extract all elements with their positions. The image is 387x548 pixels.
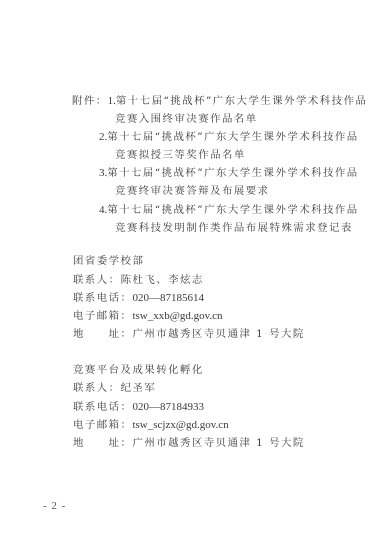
- attachment-1-cont: 竞赛入围终审决赛作品名单: [115, 112, 258, 126]
- email-link[interactable]: tsw_scjzx@gd.gov.cn: [132, 419, 228, 431]
- attachment-4: 4.第十七届“挑战杯”广东大学生课外学术科技作品: [99, 203, 359, 217]
- page-number: - 2 -: [43, 500, 66, 512]
- contact-phone: 联系电话：020—87184933: [73, 400, 204, 414]
- contact-email: 电子邮箱：tsw_xxb@gd.gov.cn: [73, 309, 223, 323]
- email-link[interactable]: tsw_xxb@gd.gov.cn: [132, 310, 222, 322]
- contact-phone: 联系电话：020—87185614: [73, 291, 204, 305]
- attachment-1: 附件：1.第十七届“挑战杯”广东大学生课外学术科技作品: [72, 94, 367, 108]
- attachment-2: 2.第十七届“挑战杯”广东大学生课外学术科技作品: [99, 130, 359, 144]
- attachment-3: 3.第十七届“挑战杯”广东大学生课外学术科技作品: [99, 166, 359, 180]
- contact-address: 地 址：广州市越秀区寺贝通津 1 号大院: [73, 327, 305, 341]
- contact-address: 地 址：广州市越秀区寺贝通津 1 号大院: [73, 436, 305, 450]
- contact-email: 电子邮箱：tsw_scjzx@gd.gov.cn: [73, 418, 229, 432]
- department: 竞赛平台及成果转化孵化: [73, 363, 204, 377]
- contact-person: 联系人：陈杜飞、李炫志: [73, 273, 204, 287]
- contact-person: 联系人：纪圣军: [73, 381, 156, 395]
- attachments-label: 附件：: [72, 95, 108, 107]
- attachment-4-cont: 竞赛科技发明制作类作品布展特殊需求登记表: [115, 221, 353, 235]
- attachment-3-cont: 竞赛终审决赛答辩及布展要求: [115, 184, 270, 198]
- attachment-2-cont: 竞赛拟授三等奖作品名单: [115, 148, 246, 162]
- department: 团省委学校部: [73, 254, 144, 268]
